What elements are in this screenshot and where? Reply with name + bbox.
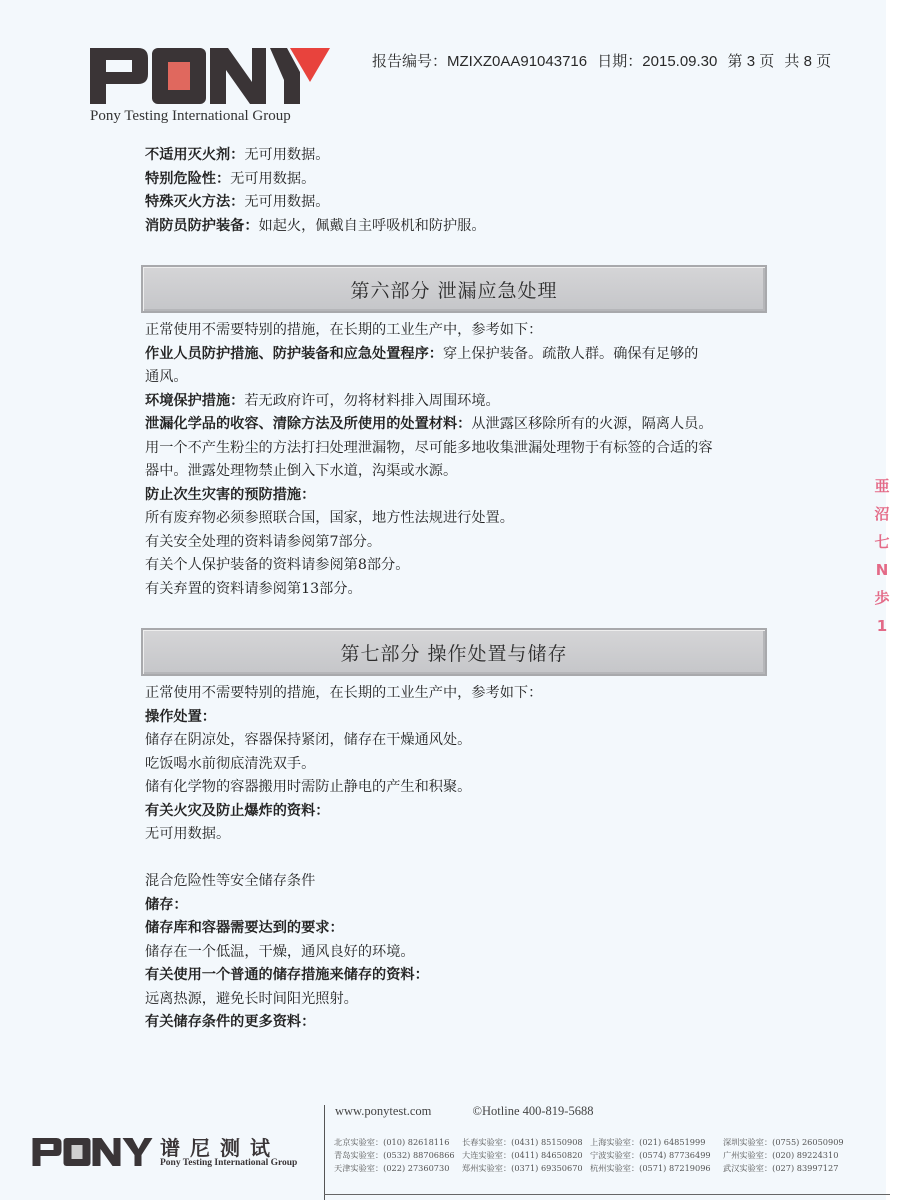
personal-protection-cont: 通风。 <box>145 366 785 390</box>
personal-protection: 作业人员防护措施、防护装备和应急处置程序：穿上保护装备。疏散人群。确保有足够的 <box>145 343 785 367</box>
stamp-char: 歩 <box>872 584 892 612</box>
environment-protection-value: 若无政府许可，勿将材料排入周围环境。 <box>244 393 499 409</box>
handling-line: 储有化学物的容器搬用时需防止静电的产生和积聚。 <box>145 776 785 800</box>
lab-entry: 北京实验室：(010) 82618116 <box>334 1137 462 1148</box>
section-6-header: 第六部分 泄漏应急处理 <box>141 265 767 313</box>
section-7-header: 第七部分 操作处置与储存 <box>141 628 767 676</box>
section-7-intro: 正常使用不需要特别的措施，在长期的工业生产中，参考如下： <box>145 682 785 706</box>
lab-entry: 深圳实验室：(0755) 26050909 <box>723 1137 873 1148</box>
stamp-char: 亜 <box>872 472 892 500</box>
fire-item-value: 无可用数据。 <box>230 171 315 187</box>
stamp-char: N <box>872 556 892 584</box>
fire-item-value: 如起火，佩戴自主呼吸机和防护服。 <box>259 218 486 234</box>
environment-protection-label: 环境保护措施： <box>145 393 244 409</box>
page-total: 共 8 页 <box>784 53 831 70</box>
footer-contact: www.ponytest.com ©Hotline 400-819-5688 <box>335 1104 593 1119</box>
fire-explosion-label: 有关火灾及防止爆炸的资料： <box>145 800 785 824</box>
footer-pony-logo <box>30 1137 155 1167</box>
report-number: 报告编号：MZIXZ0AA91043716 <box>372 53 587 70</box>
environment-protection: 环境保护措施：若无政府许可，勿将材料排入周围环境。 <box>145 390 785 414</box>
spill-cleanup-value: 从泄露区移除所有的火源，隔离人员。 <box>471 416 712 432</box>
fire-explosion-value: 无可用数据。 <box>145 823 785 847</box>
lab-entry: 青岛实验室：(0532) 88706866 <box>334 1150 462 1161</box>
personal-protection-value: 穿上保护装备。疏散人群。确保有足够的 <box>443 346 698 362</box>
fire-item-value: 无可用数据。 <box>244 147 329 163</box>
section-6-line: 有关个人保护装备的资料请参阅第8部分。 <box>145 554 785 578</box>
section-6-line: 有关弃置的资料请参阅第13部分。 <box>145 578 785 602</box>
common-storage-value: 远离热源，避免长时间阳光照射。 <box>145 988 785 1012</box>
report-number-value: MZIXZ0AA91043716 <box>447 53 587 70</box>
fire-item: 特殊灭火方法：无可用数据。 <box>145 191 785 215</box>
stamp-char: 七 <box>872 528 892 556</box>
common-storage-label: 有关使用一个普通的储存措施来储存的资料： <box>145 964 785 988</box>
personal-protection-label: 作业人员防护措施、防护装备和应急处置程序： <box>145 346 443 362</box>
mixed-hazard-title: 混合危险性等安全储存条件 <box>145 870 785 894</box>
website-link[interactable]: www.ponytest.com <box>335 1104 431 1118</box>
handling-line: 吃饭喝水前彻底清洗双手。 <box>145 753 785 777</box>
storage-requirements-label: 储存库和容器需要达到的要求： <box>145 917 785 941</box>
footer-divider-horizontal <box>324 1194 890 1195</box>
page-current: 第 3 页 <box>728 53 775 70</box>
fire-item-label: 消防员防护装备： <box>145 218 259 234</box>
spacer <box>145 847 785 871</box>
section-6-line: 有关安全处理的资料请参阅第7部分。 <box>145 531 785 555</box>
footer-brand-cn: 谱尼测试 <box>160 1132 280 1161</box>
fire-item: 消防员防护装备：如起火，佩戴自主呼吸机和防护服。 <box>145 215 785 239</box>
lab-entry: 长春实验室：(0431) 85150908 <box>462 1137 590 1148</box>
section-6-intro: 正常使用不需要特别的措施，在长期的工业生产中，参考如下： <box>145 319 785 343</box>
lab-entry: 宁波实验室：(0574) 87736499 <box>590 1150 723 1161</box>
lab-entry: 杭州实验室：(0571) 87219096 <box>590 1163 723 1174</box>
fire-item-label: 不适用灭火剂： <box>145 147 244 163</box>
report-date: 日期：2015.09.30 <box>597 53 717 70</box>
storage-label: 储存： <box>145 894 785 918</box>
more-storage-label: 有关储存条件的更多资料： <box>145 1011 785 1035</box>
hotline: ©Hotline 400-819-5688 <box>473 1104 594 1118</box>
lab-entry: 天津实验室：(022) 27360730 <box>334 1163 462 1174</box>
report-meta: 报告编号：MZIXZ0AA91043716 日期：2015.09.30 第 3 … <box>372 50 837 71</box>
storage-requirements-value: 储存在一个低温，干燥，通风良好的环境。 <box>145 941 785 965</box>
fire-item-label: 特别危险性： <box>145 171 230 187</box>
footer-divider-vertical <box>324 1105 325 1200</box>
fire-item: 特别危险性：无可用数据。 <box>145 168 785 192</box>
fire-item: 不适用灭火剂：无可用数据。 <box>145 144 785 168</box>
stamp-char: 沼 <box>872 500 892 528</box>
report-date-label: 日期： <box>597 53 642 70</box>
lab-entry: 广州实验室：(020) 89224310 <box>723 1150 873 1161</box>
document-body: 不适用灭火剂：无可用数据。 特别危险性：无可用数据。 特殊灭火方法：无可用数据。… <box>145 144 785 1035</box>
fire-item-label: 特殊灭火方法： <box>145 194 244 210</box>
fire-item-value: 无可用数据。 <box>244 194 329 210</box>
lab-directory: 北京实验室：(010) 82618116 长春实验室：(0431) 851509… <box>334 1137 873 1174</box>
handling-line: 储存在阴凉处，容器保持紧闭，储存在干燥通风处。 <box>145 729 785 753</box>
seal-stamp: 亜 沼 七 N 歩 1 <box>872 472 892 652</box>
lab-entry: 上海实验室：(021) 64851999 <box>590 1137 723 1148</box>
footer-brand-en: Pony Testing International Group <box>160 1158 297 1168</box>
spill-cleanup-line: 器中。泄露处理物禁止倒入下水道，沟渠或水源。 <box>145 460 785 484</box>
section-6-line: 所有废弃物必须参照联合国，国家，地方性法规进行处置。 <box>145 507 785 531</box>
lab-entry: 大连实验室：(0411) 84650820 <box>462 1150 590 1161</box>
report-number-label: 报告编号： <box>372 53 447 70</box>
lab-entry: 郑州实验室：(0371) 69350670 <box>462 1163 590 1174</box>
secondary-hazard-label: 防止次生灾害的预防措施： <box>145 484 785 508</box>
handling-label: 操作处置： <box>145 706 785 730</box>
stamp-char: 1 <box>872 612 892 640</box>
report-date-value: 2015.09.30 <box>642 53 717 70</box>
pony-logo <box>90 46 330 106</box>
spill-cleanup-label: 泄漏化学品的收容、清除方法及所使用的处置材料： <box>145 416 471 432</box>
logo-subtitle: Pony Testing International Group <box>90 108 291 125</box>
spill-cleanup: 泄漏化学品的收容、清除方法及所使用的处置材料：从泄露区移除所有的火源，隔离人员。 <box>145 413 785 437</box>
lab-entry: 武汉实验室：(027) 83997127 <box>723 1163 873 1174</box>
spill-cleanup-line: 用一个不产生粉尘的方法打扫处理泄漏物，尽可能多地收集泄漏处理物于有标签的合适的容 <box>145 437 785 461</box>
